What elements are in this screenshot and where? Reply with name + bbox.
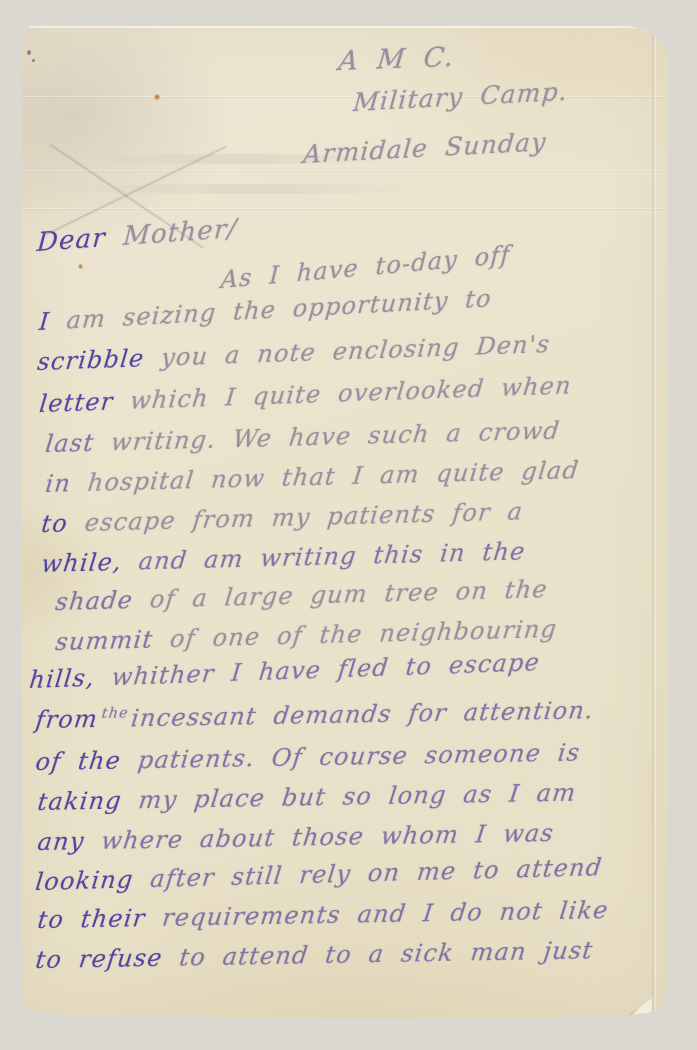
letter-text-segment: A M C. bbox=[337, 42, 456, 77]
letter-text-segment: Mother/ bbox=[122, 214, 238, 252]
letter-text-segment: escape from my patients for a bbox=[83, 497, 524, 537]
letter-page: A M C.Military Camp.Armidale SundayDear … bbox=[22, 26, 668, 1020]
letter-line: shade of a large gum tree on the bbox=[54, 575, 549, 616]
letter-line: to escape from my patients for a bbox=[40, 497, 525, 538]
letter-text-segment: the bbox=[101, 705, 130, 722]
letter-text-segment: whither I have fled to escape bbox=[110, 648, 541, 691]
heading-line: Armidale Sunday bbox=[302, 127, 548, 169]
show-through-smudge bbox=[62, 184, 442, 194]
letter-line: scribble you a note enclosing Den's bbox=[36, 330, 552, 376]
ink-speck bbox=[32, 59, 35, 62]
letter-line: fromtheincessant demands for attention. bbox=[34, 696, 596, 734]
letter-text-segment: incessant demands for attention. bbox=[130, 696, 596, 732]
crease-line bbox=[22, 170, 668, 172]
rust-spot bbox=[154, 94, 160, 100]
letter-text-segment: of a large gum tree on the bbox=[148, 575, 549, 614]
letter-text-segment: hospital now that I am quite glad bbox=[86, 456, 580, 497]
letter-text-segment: Armidale Sunday bbox=[302, 127, 548, 169]
letter-line: I am seizing the opportunity to bbox=[38, 284, 493, 336]
letter-text-segment: writing. We have such a crowd bbox=[110, 416, 562, 456]
ink-speck bbox=[27, 50, 31, 55]
heading-line: A M C. bbox=[337, 42, 456, 77]
letter-text-segment: to bbox=[40, 509, 87, 538]
crease-line bbox=[22, 96, 668, 98]
letter-text-segment: I bbox=[38, 306, 68, 336]
letter-line: taking my place but so long as I am bbox=[36, 779, 578, 816]
letter-text-segment: to attend to a sick man just bbox=[178, 936, 595, 971]
letter-line: to their requirements and I do not like bbox=[36, 896, 610, 934]
letter-text-segment: of one of the neighbouring bbox=[169, 615, 559, 653]
letter-text-segment: last bbox=[44, 428, 113, 458]
letter-text-segment: from bbox=[34, 705, 100, 734]
rust-spot bbox=[78, 264, 83, 269]
letter-text-segment: you a note enclosing Den's bbox=[160, 330, 552, 372]
folded-corner bbox=[624, 998, 652, 1018]
letter-text-segment: in bbox=[44, 469, 90, 498]
letter-text-segment: of the bbox=[34, 746, 140, 776]
letter-text-segment: scribble bbox=[36, 344, 163, 376]
heading-line: Military Camp. bbox=[352, 77, 569, 117]
letter-line: letter which I quite overlooked when bbox=[38, 371, 573, 418]
letter-text-segment: summit bbox=[54, 625, 172, 656]
letter-text-segment: which I quite overlooked when bbox=[129, 371, 573, 415]
letter-line: last writing. We have such a crowd bbox=[44, 416, 562, 458]
letter-line: of the patients. Of course someone is bbox=[34, 738, 582, 776]
letter-text-segment: Military Camp. bbox=[352, 77, 569, 117]
fold-line bbox=[652, 30, 656, 1018]
letter-text-segment: and am writing this in the bbox=[137, 537, 527, 575]
letter-text-segment: while, bbox=[40, 547, 140, 578]
letter-text-segment: letter bbox=[38, 387, 132, 418]
letter-text-segment: requirements and I do not like bbox=[161, 896, 611, 932]
letter-line: while, and am writing this in the bbox=[40, 537, 527, 578]
letter-text-segment: to refuse bbox=[34, 943, 181, 974]
letter-text-segment: taking bbox=[36, 786, 140, 816]
letter-line: hills, whither I have fled to escape bbox=[28, 648, 542, 694]
letter-line: in hospital now that I am quite glad bbox=[44, 456, 581, 498]
letter-text-segment: any bbox=[36, 827, 103, 856]
salutation-line: Dear Mother/ bbox=[36, 214, 239, 258]
letter-text-segment: patients. Of course someone is bbox=[136, 738, 582, 774]
letter-text-segment: am seizing the opportunity to bbox=[65, 284, 493, 334]
letter-line: to refuse to attend to a sick man just bbox=[34, 936, 595, 974]
scan-background: A M C.Military Camp.Armidale SundayDear … bbox=[0, 0, 697, 1050]
letter-text-segment: looking bbox=[34, 865, 152, 896]
letter-line: looking after still rely on me to attend bbox=[34, 853, 604, 896]
letter-text-segment: my place but so long as I am bbox=[137, 779, 578, 815]
letter-text-segment: to their bbox=[36, 904, 164, 934]
crease-line bbox=[22, 208, 668, 210]
letter-text-segment: after still rely on me to attend bbox=[149, 853, 604, 893]
letter-line: any where about those whom I was bbox=[36, 819, 556, 856]
letter-text-segment: shade bbox=[54, 585, 152, 616]
letter-text-segment: Dear bbox=[36, 222, 124, 258]
letter-text-segment: hills, bbox=[28, 663, 113, 694]
letter-text-segment: where about those whom I was bbox=[100, 819, 556, 855]
